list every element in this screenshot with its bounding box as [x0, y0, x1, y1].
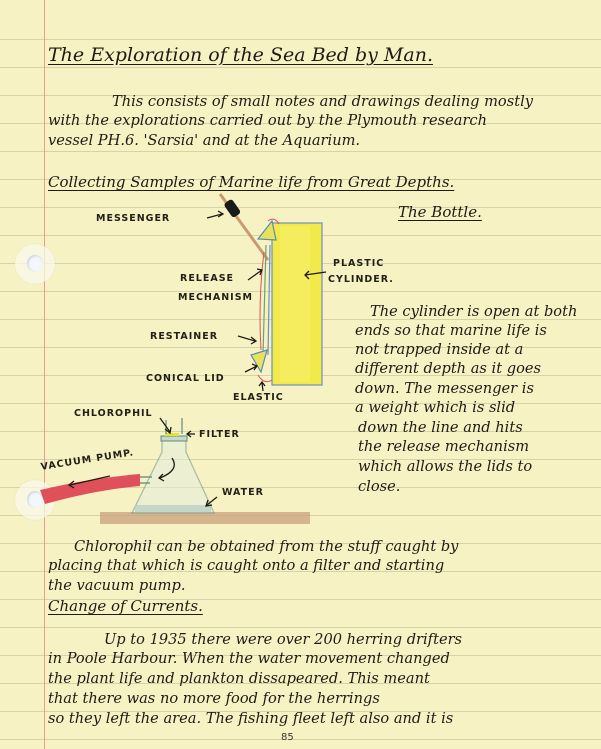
bottle-desc-line-8: the release mechanism	[358, 438, 529, 455]
label-restainer: RESTAINER	[150, 331, 218, 342]
label-water: WATER	[222, 487, 264, 498]
bottle-desc-line-2: ends so that marine life is	[355, 322, 547, 339]
notebook-page: The Exploration of the Sea Bed by Man. T…	[0, 0, 601, 749]
label-elastic: ELASTIC	[233, 392, 284, 403]
label-filter: FILTER	[199, 429, 240, 440]
label-plastic: PLASTIC	[333, 258, 384, 269]
bottle-desc-line-7: down the line and hits	[358, 419, 523, 436]
currents-line-1: Up to 1935 there were over 200 herring d…	[104, 631, 462, 648]
section-heading-currents: Change of Currents.	[48, 597, 203, 615]
bottle-desc-line-10: close.	[358, 478, 400, 495]
bottle-desc-line-1: The cylinder is open at both	[370, 303, 577, 320]
bottle-desc-line-9: which allows the lids to	[358, 458, 532, 475]
label-cylinder: CYLINDER.	[328, 274, 394, 285]
currents-line-2: in Poole Harbour. When the water movemen…	[48, 650, 450, 667]
label-chlorophil: CHLOROPHIL	[74, 408, 153, 419]
label-messenger: MESSENGER	[96, 213, 170, 224]
currents-line-3: the plant life and plankton dissapeared.…	[48, 670, 430, 687]
currents-line-5: so they left the area. The fishing fleet…	[48, 710, 453, 727]
bottle-diagram	[220, 194, 322, 385]
flask-diagram	[40, 418, 310, 524]
label-conical-lid: CONICAL LID	[146, 373, 225, 384]
chlorophil-line-3: the vacuum pump.	[48, 577, 186, 594]
bottle-desc-line-6: a weight which is slid	[355, 399, 515, 416]
page-number: 85	[281, 732, 294, 743]
bottle-desc-line-3: not trapped inside at a	[355, 341, 523, 358]
chlorophil-line-2: placing that which is caught onto a filt…	[48, 557, 444, 574]
label-mechanism: MECHANISM	[178, 292, 253, 303]
chlorophil-line-1: Chlorophil can be obtained from the stuf…	[74, 538, 458, 555]
currents-line-4: that there was no more food for the herr…	[48, 690, 380, 707]
bottle-desc-line-4: different depth as it goes	[355, 360, 541, 377]
bottle-desc-line-5: down. The messenger is	[355, 380, 534, 397]
label-release: RELEASE	[180, 273, 234, 284]
